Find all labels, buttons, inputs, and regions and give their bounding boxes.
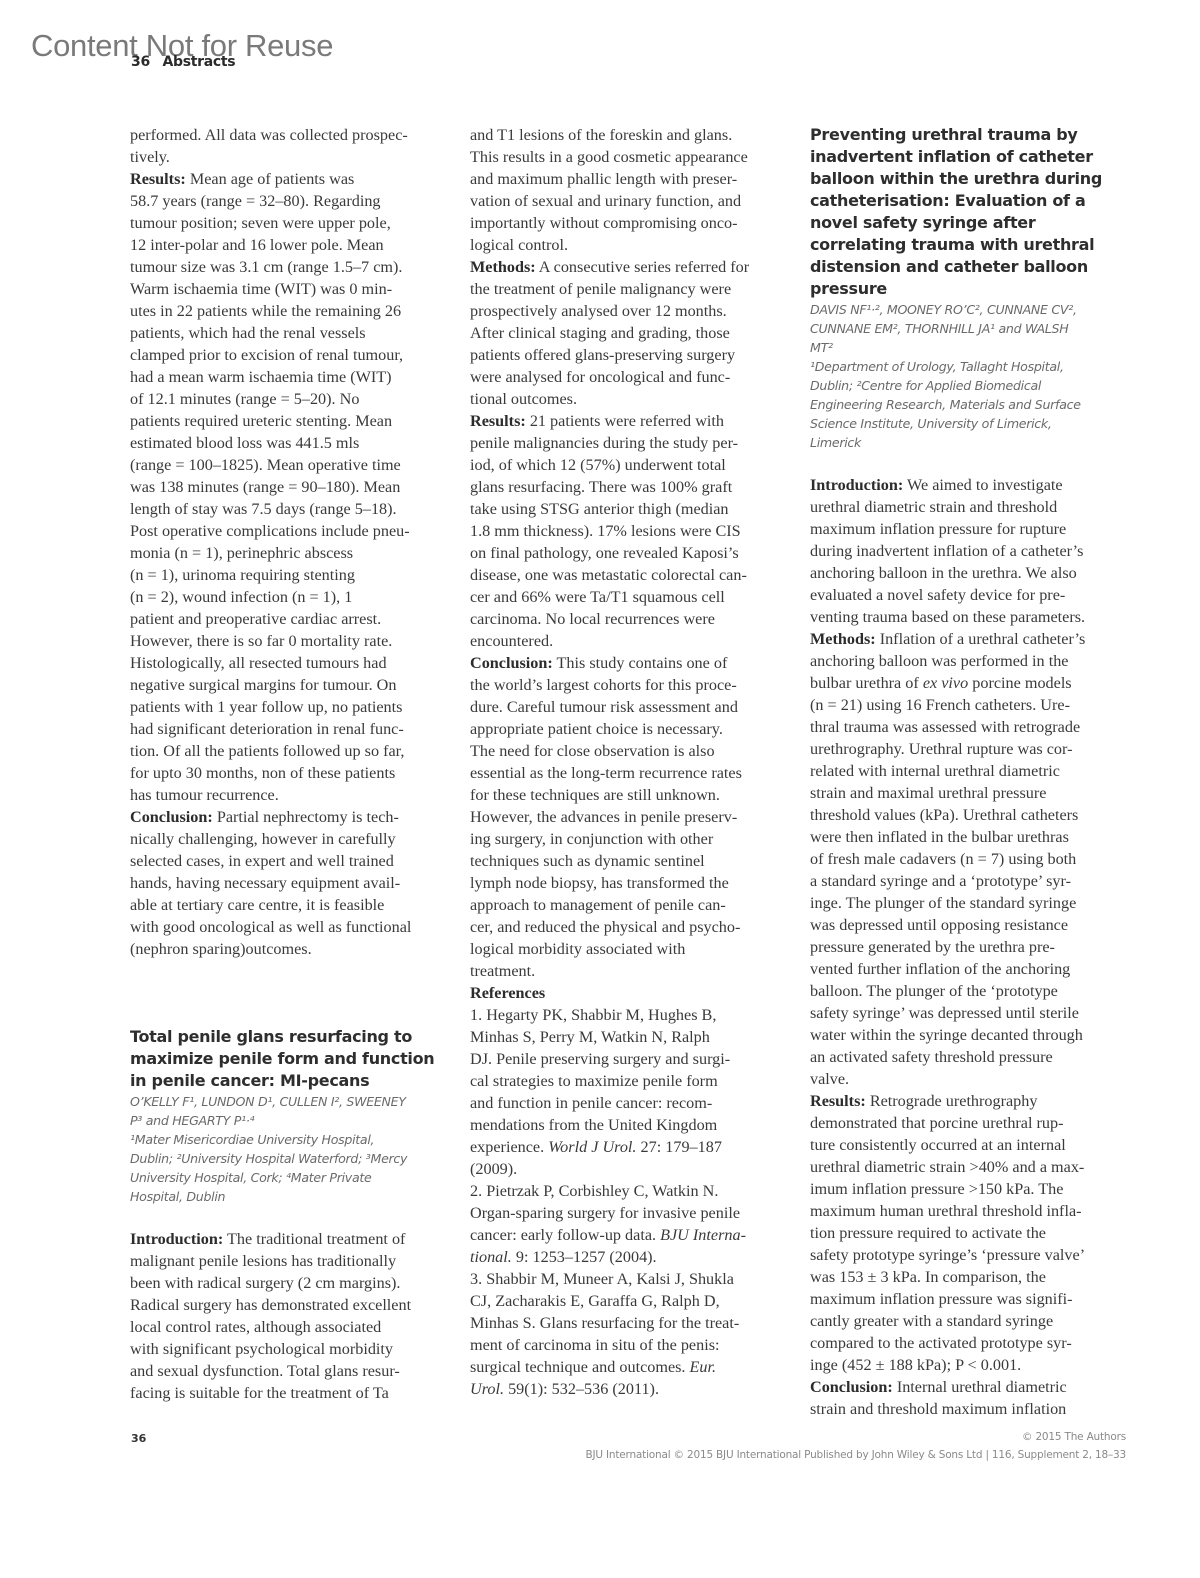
running-head-section: Abstracts bbox=[162, 54, 235, 70]
text-line: thral trauma was assessed with retrograd… bbox=[810, 716, 1140, 738]
line-text: venting trauma based on these parameters… bbox=[810, 608, 1085, 626]
text-line: tional. 9: 1253–1257 (2004). bbox=[470, 1246, 800, 1268]
title-line: novel safety syringe after bbox=[810, 212, 1140, 234]
line-text: thral trauma was assessed with retrograd… bbox=[810, 718, 1080, 736]
line-text: This study contains one of bbox=[553, 654, 728, 672]
text-line: cal strategies to maximize penile form bbox=[470, 1070, 800, 1092]
line-text: evaluated a novel safety device for pre- bbox=[810, 586, 1065, 604]
text-line: (range = 100–1825). Mean operative time bbox=[130, 454, 460, 476]
text-line: Conclusion: This study contains one of bbox=[470, 652, 800, 674]
line-text: techniques such as dynamic sentinel bbox=[470, 852, 705, 870]
text-line: Results: 21 patients were referred with bbox=[470, 410, 800, 432]
line-text-after: 27: 179–187 bbox=[636, 1138, 721, 1156]
line-text: performed. All data was collected prospe… bbox=[130, 126, 408, 144]
line-text: for these techniques are still unknown. bbox=[470, 786, 720, 804]
section-label: Conclusion: bbox=[470, 654, 553, 672]
author-line: Dublin; ²University Hospital Waterford; … bbox=[130, 1149, 460, 1168]
line-text: Histologically, all resected tumours had bbox=[130, 654, 387, 672]
line-text: Internal urethral diametric bbox=[893, 1378, 1067, 1396]
line-text: logical control. bbox=[470, 236, 568, 254]
text-line: balloon. The plunger of the ‘prototype bbox=[810, 980, 1140, 1002]
footer-journal-line: BJU International © 2015 BJU Internation… bbox=[585, 1449, 1126, 1461]
line-text: were analysed for oncological and func- bbox=[470, 368, 730, 386]
text-line: had a mean warm ischaemia time (WIT) bbox=[130, 366, 460, 388]
line-text: cer, and reduced the physical and psycho… bbox=[470, 918, 740, 936]
text-line: local control rates, although associated bbox=[130, 1316, 460, 1338]
title-line: pressure bbox=[810, 278, 1140, 300]
title-line: Preventing urethral trauma by bbox=[810, 124, 1140, 146]
text-line: penile malignancies during the study per… bbox=[470, 432, 800, 454]
spacer bbox=[810, 452, 1140, 474]
text-line: Minhas S, Perry M, Watkin N, Ralph bbox=[470, 1026, 800, 1048]
text-line: 1.8 mm thickness). 17% lesions were CIS bbox=[470, 520, 800, 542]
title-line: catheterisation: Evaluation of a bbox=[810, 190, 1140, 212]
text-line: valve. bbox=[810, 1068, 1140, 1090]
line-text: lymph node biopsy, has transformed the bbox=[470, 874, 729, 892]
line-text: 1. Hegarty PK, Shabbir M, Hughes B, bbox=[470, 1006, 716, 1024]
line-text: disease, one was metastatic colorectal c… bbox=[470, 566, 747, 584]
text-line: had significant deterioration in renal f… bbox=[130, 718, 460, 740]
line-text: was 138 minutes (range = 90–180). Mean bbox=[130, 478, 400, 496]
text-line: anchoring balloon in the urethra. We als… bbox=[810, 562, 1140, 584]
author-line: MT² bbox=[810, 338, 1140, 357]
text-line: approach to management of penile can- bbox=[470, 894, 800, 916]
line-text: utes in 22 patients while the remaining … bbox=[130, 302, 401, 320]
line-text: (nephron sparing)outcomes. bbox=[130, 940, 312, 958]
spacer bbox=[130, 1004, 460, 1026]
line-text: had significant deterioration in renal f… bbox=[130, 720, 404, 738]
line-text: 2. Pietrzak P, Corbishley C, Watkin N. bbox=[470, 1182, 718, 1200]
text-line: of fresh male cadavers (n = 7) using bot… bbox=[810, 848, 1140, 870]
text-line: ing surgery, in conjunction with other bbox=[470, 828, 800, 850]
text-line: compared to the activated prototype syr- bbox=[810, 1332, 1140, 1354]
column-2: and T1 lesions of the foreskin and glans… bbox=[470, 124, 800, 1400]
line-text: (n = 1), urinoma requiring stenting bbox=[130, 566, 355, 584]
line-text: Inflation of a urethral catheter’s bbox=[876, 630, 1086, 648]
italic-text: World J Urol. bbox=[548, 1138, 636, 1156]
column-1: performed. All data was collected prospe… bbox=[130, 124, 460, 1404]
section-label: Conclusion: bbox=[130, 808, 213, 826]
line-text: malignant penile lesions has traditional… bbox=[130, 1252, 396, 1270]
text-line: Introduction: We aimed to investigate bbox=[810, 474, 1140, 496]
line-text: urethrography. Urethral rupture was cor- bbox=[810, 740, 1072, 758]
text-line: and sexual dysfunction. Total glans resu… bbox=[130, 1360, 460, 1382]
text-line: selected cases, in expert and well train… bbox=[130, 850, 460, 872]
text-line: experience. World J Urol. 27: 179–187 bbox=[470, 1136, 800, 1158]
line-text: able at tertiary care centre, it is feas… bbox=[130, 896, 384, 914]
line-text: DJ. Penile preserving surgery and surgi- bbox=[470, 1050, 730, 1068]
line-text: an activated safety threshold pressure bbox=[810, 1048, 1053, 1066]
line-text: and function in penile cancer: recom- bbox=[470, 1094, 712, 1112]
line-text: local control rates, although associated bbox=[130, 1318, 381, 1336]
line-text: glans resurfacing. There was 100% graft bbox=[470, 478, 732, 496]
text-line: facing is suitable for the treatment of … bbox=[130, 1382, 460, 1404]
text-line: Histologically, all resected tumours had bbox=[130, 652, 460, 674]
text-line: However, there is so far 0 mortality rat… bbox=[130, 630, 460, 652]
text-line: the world’s largest cohorts for this pro… bbox=[470, 674, 800, 696]
text-line: threshold values (kPa). Urethral cathete… bbox=[810, 804, 1140, 826]
line-text: facing is suitable for the treatment of … bbox=[130, 1384, 389, 1402]
line-text: a standard syringe and a ‘prototype’ syr… bbox=[810, 872, 1071, 890]
abstract-body: performed. All data was collected prospe… bbox=[130, 124, 460, 960]
line-text: A consecutive series referred for bbox=[536, 258, 750, 276]
section-label: Methods: bbox=[810, 630, 876, 648]
text-line: 1. Hegarty PK, Shabbir M, Hughes B, bbox=[470, 1004, 800, 1026]
line-text: appropriate patient choice is necessary. bbox=[470, 720, 723, 738]
text-line: tion pressure required to activate the bbox=[810, 1222, 1140, 1244]
text-line: urethrography. Urethral rupture was cor- bbox=[810, 738, 1140, 760]
author-line: Hospital, Dublin bbox=[130, 1187, 460, 1206]
line-text: strain and maximal urethral pressure bbox=[810, 784, 1046, 802]
section-label: Introduction: bbox=[130, 1230, 223, 1248]
text-line: strain and maximal urethral pressure bbox=[810, 782, 1140, 804]
text-line: of 12.1 minutes (range = 5–20). No bbox=[130, 388, 460, 410]
text-line: with significant psychological morbidity bbox=[130, 1338, 460, 1360]
text-line: 3. Shabbir M, Muneer A, Kalsi J, Shukla bbox=[470, 1268, 800, 1290]
line-text: tumour position; seven were upper pole, bbox=[130, 214, 391, 232]
text-line: strain and threshold maximum inflation bbox=[810, 1398, 1140, 1420]
author-line: Science Institute, University of Limeric… bbox=[810, 414, 1140, 433]
title-line: distension and catheter balloon bbox=[810, 256, 1140, 278]
text-line: on final pathology, one revealed Kaposi’… bbox=[470, 542, 800, 564]
line-text: patients offered glans-preserving surger… bbox=[470, 346, 735, 364]
line-text: tion. Of all the patients followed up so… bbox=[130, 742, 404, 760]
text-line: were analysed for oncological and func- bbox=[470, 366, 800, 388]
text-line: patient and preoperative cardiac arrest. bbox=[130, 608, 460, 630]
line-text: cer and 66% were Ta/T1 squamous cell bbox=[470, 588, 725, 606]
text-line: patients with 1 year follow up, no patie… bbox=[130, 696, 460, 718]
text-line: techniques such as dynamic sentinel bbox=[470, 850, 800, 872]
line-text: importantly without compromising onco- bbox=[470, 214, 738, 232]
line-text: cancer: early follow-up data. bbox=[470, 1226, 660, 1244]
line-text: threshold values (kPa). Urethral cathete… bbox=[810, 806, 1078, 824]
text-line: malignant penile lesions has traditional… bbox=[130, 1250, 460, 1272]
line-text: 1.8 mm thickness). 17% lesions were CIS bbox=[470, 522, 741, 540]
line-text: vation of sexual and urinary function, a… bbox=[470, 192, 741, 210]
line-text: After clinical staging and grading, thos… bbox=[470, 324, 730, 342]
line-text: 3. Shabbir M, Muneer A, Kalsi J, Shukla bbox=[470, 1270, 734, 1288]
line-text: hands, having necessary equipment avail- bbox=[130, 874, 400, 892]
text-line: demonstrated that porcine urethral rup- bbox=[810, 1112, 1140, 1134]
text-line: surgical technique and outcomes. Eur. bbox=[470, 1356, 800, 1378]
spacer bbox=[130, 1206, 460, 1228]
author-affiliations: O’KELLY F¹, LUNDON D¹, CULLEN I², SWEENE… bbox=[130, 1092, 460, 1206]
line-text: surgical technique and outcomes. bbox=[470, 1358, 690, 1376]
line-text-after: 9: 1253–1257 (2004). bbox=[512, 1248, 657, 1266]
spacer bbox=[130, 982, 460, 1004]
footer-page-number: 36 bbox=[131, 1432, 146, 1445]
line-text: had a mean warm ischaemia time (WIT) bbox=[130, 368, 392, 386]
italic-text: BJU Interna- bbox=[660, 1226, 746, 1244]
text-line: glans resurfacing. There was 100% graft bbox=[470, 476, 800, 498]
text-line: appropriate patient choice is necessary. bbox=[470, 718, 800, 740]
line-text: The need for close observation is also bbox=[470, 742, 715, 760]
text-line: After clinical staging and grading, thos… bbox=[470, 322, 800, 344]
line-text: cal strategies to maximize penile form bbox=[470, 1072, 718, 1090]
text-line: a standard syringe and a ‘prototype’ syr… bbox=[810, 870, 1140, 892]
text-line: for these techniques are still unknown. bbox=[470, 784, 800, 806]
author-line: University Hospital, Cork; ⁴Mater Privat… bbox=[130, 1168, 460, 1187]
title-line: inadvertent inflation of catheter bbox=[810, 146, 1140, 168]
text-line: (n = 21) using 16 French catheters. Ure- bbox=[810, 694, 1140, 716]
title-line: maximize penile form and function bbox=[130, 1048, 460, 1070]
text-line: This results in a good cosmetic appearan… bbox=[470, 146, 800, 168]
abstract-body: Introduction: We aimed to investigateure… bbox=[810, 474, 1140, 1420]
line-text: inge. The plunger of the standard syring… bbox=[810, 894, 1076, 912]
line-text: Minhas S, Perry M, Watkin N, Ralph bbox=[470, 1028, 710, 1046]
section-label: Results: bbox=[810, 1092, 866, 1110]
section-label: Results: bbox=[130, 170, 186, 188]
italic-text: Eur. bbox=[690, 1358, 717, 1376]
author-line: ¹Department of Urology, Tallaght Hospita… bbox=[810, 357, 1140, 376]
line-text: pressure generated by the urethra pre- bbox=[810, 938, 1055, 956]
text-line: (n = 2), wound infection (n = 1), 1 bbox=[130, 586, 460, 608]
line-text: with good oncological as well as functio… bbox=[130, 918, 411, 936]
line-text: was 153 ± 3 kPa. In comparison, the bbox=[810, 1268, 1046, 1286]
text-line: Conclusion: Partial nephrectomy is tech- bbox=[130, 806, 460, 828]
italic-text: ex vivo bbox=[923, 674, 968, 692]
line-text: penile malignancies during the study per… bbox=[470, 434, 738, 452]
line-text: tumour size was 3.1 cm (range 1.5–7 cm). bbox=[130, 258, 402, 276]
text-line: anchoring balloon was performed in the bbox=[810, 650, 1140, 672]
line-text: maximum human urethral threshold infla- bbox=[810, 1202, 1082, 1220]
line-text: The traditional treatment of bbox=[223, 1230, 405, 1248]
running-head-page: 36 bbox=[131, 54, 150, 70]
text-line: monia (n = 1), perinephric abscess bbox=[130, 542, 460, 564]
text-line: Warm ischaemia time (WIT) was 0 min- bbox=[130, 278, 460, 300]
text-line: pressure generated by the urethra pre- bbox=[810, 936, 1140, 958]
line-text: with significant psychological morbidity bbox=[130, 1340, 393, 1358]
text-line: treatment. bbox=[470, 960, 800, 982]
line-text: length of stay was 7.5 days (range 5–18)… bbox=[130, 500, 397, 518]
section-label: Results: bbox=[470, 412, 526, 430]
text-line: Methods: A consecutive series referred f… bbox=[470, 256, 800, 278]
line-text: for upto 30 months, non of these patient… bbox=[130, 764, 395, 782]
line-text: iod, of which 12 (57%) underwent total bbox=[470, 456, 726, 474]
line-text: estimated blood loss was 441.5 mls bbox=[130, 434, 359, 452]
text-line: with good oncological as well as functio… bbox=[130, 916, 460, 938]
text-line: patients offered glans-preserving surger… bbox=[470, 344, 800, 366]
line-text: treatment. bbox=[470, 962, 535, 980]
text-line: utes in 22 patients while the remaining … bbox=[130, 300, 460, 322]
line-text: Organ-sparing surgery for invasive penil… bbox=[470, 1204, 740, 1222]
text-line: 12 inter-polar and 16 lower pole. Mean bbox=[130, 234, 460, 256]
line-text: patients with 1 year follow up, no patie… bbox=[130, 698, 402, 716]
text-line: urethral diametric strain >40% and a max… bbox=[810, 1156, 1140, 1178]
line-text: dure. Careful tumour risk assessment and bbox=[470, 698, 738, 716]
text-line: Post operative complications include pne… bbox=[130, 520, 460, 542]
author-line: P³ and HEGARTY P¹·⁴ bbox=[130, 1111, 460, 1130]
line-text: nically challenging, however in carefull… bbox=[130, 830, 396, 848]
line-text: maximum inflation pressure for rupture bbox=[810, 520, 1066, 538]
text-line: However, the advances in penile preserv- bbox=[470, 806, 800, 828]
text-line: bulbar urethra of ex vivo porcine models bbox=[810, 672, 1140, 694]
text-line: tively. bbox=[130, 146, 460, 168]
text-line: cer, and reduced the physical and psycho… bbox=[470, 916, 800, 938]
title-line: Total penile glans resurfacing to bbox=[130, 1026, 460, 1048]
line-text: of 12.1 minutes (range = 5–20). No bbox=[130, 390, 359, 408]
line-text: (n = 21) using 16 French catheters. Ure- bbox=[810, 696, 1070, 714]
text-line: performed. All data was collected prospe… bbox=[130, 124, 460, 146]
footer-copyright: © 2015 The Authors bbox=[1022, 1431, 1126, 1443]
line-text: has tumour recurrence. bbox=[130, 786, 279, 804]
line-text: and maximum phallic length with preser- bbox=[470, 170, 737, 188]
line-text: ture consistently occurred at an interna… bbox=[810, 1136, 1066, 1154]
line-text: experience. bbox=[470, 1138, 548, 1156]
text-line: was 153 ± 3 kPa. In comparison, the bbox=[810, 1266, 1140, 1288]
text-line: vation of sexual and urinary function, a… bbox=[470, 190, 800, 212]
text-line: been with radical surgery (2 cm margins)… bbox=[130, 1272, 460, 1294]
section-label: Methods: bbox=[470, 258, 536, 276]
text-line: for upto 30 months, non of these patient… bbox=[130, 762, 460, 784]
line-text: tion pressure required to activate the bbox=[810, 1224, 1046, 1242]
text-line: DJ. Penile preserving surgery and surgi- bbox=[470, 1048, 800, 1070]
text-line: inge. The plunger of the standard syring… bbox=[810, 892, 1140, 914]
section-label: Introduction: bbox=[810, 476, 903, 494]
line-text: This results in a good cosmetic appearan… bbox=[470, 148, 748, 166]
text-line: maximum human urethral threshold infla- bbox=[810, 1200, 1140, 1222]
line-text: anchoring balloon in the urethra. We als… bbox=[810, 564, 1077, 582]
line-text: and sexual dysfunction. Total glans resu… bbox=[130, 1362, 400, 1380]
line-text: (n = 2), wound infection (n = 1), 1 bbox=[130, 588, 352, 606]
text-line: Results: Retrograde urethrography bbox=[810, 1090, 1140, 1112]
text-line: maximum inflation pressure was signifi- bbox=[810, 1288, 1140, 1310]
line-text: Post operative complications include pne… bbox=[130, 522, 410, 540]
text-line: related with internal urethral diametric bbox=[810, 760, 1140, 782]
text-line: tional outcomes. bbox=[470, 388, 800, 410]
text-line: urethral diametric strain and threshold bbox=[810, 496, 1140, 518]
text-line: tumour position; seven were upper pole, bbox=[130, 212, 460, 234]
line-text: CJ, Zacharakis E, Garaffa G, Ralph D, bbox=[470, 1292, 720, 1310]
text-line: References bbox=[470, 982, 800, 1004]
abstract-title: Preventing urethral trauma byinadvertent… bbox=[810, 124, 1140, 300]
line-text: urethral diametric strain >40% and a max… bbox=[810, 1158, 1084, 1176]
text-line: ture consistently occurred at an interna… bbox=[810, 1134, 1140, 1156]
column-3: Preventing urethral trauma byinadvertent… bbox=[810, 124, 1140, 1420]
text-line: patients required ureteric stenting. Mea… bbox=[130, 410, 460, 432]
text-line: importantly without compromising onco- bbox=[470, 212, 800, 234]
text-line: CJ, Zacharakis E, Garaffa G, Ralph D, bbox=[470, 1290, 800, 1312]
line-text: 12 inter-polar and 16 lower pole. Mean bbox=[130, 236, 384, 254]
text-line: the treatment of penile malignancy were bbox=[470, 278, 800, 300]
text-line: during inadvertent inflation of a cathet… bbox=[810, 540, 1140, 562]
text-line: Methods: Inflation of a urethral cathete… bbox=[810, 628, 1140, 650]
line-text: (2009). bbox=[470, 1160, 517, 1178]
line-text: the treatment of penile malignancy were bbox=[470, 280, 731, 298]
author-line: Dublin; ²Centre for Applied Biomedical bbox=[810, 376, 1140, 395]
text-line: The need for close observation is also bbox=[470, 740, 800, 762]
text-line: clamped prior to excision of renal tumou… bbox=[130, 344, 460, 366]
text-line: maximum inflation pressure for rupture bbox=[810, 518, 1140, 540]
line-text: were then inflated in the bulbar urethra… bbox=[810, 828, 1069, 846]
line-text: on final pathology, one revealed Kaposi’… bbox=[470, 544, 739, 562]
line-text: inge (452 ± 188 kPa); P < 0.001. bbox=[810, 1356, 1021, 1374]
line-text: Partial nephrectomy is tech- bbox=[213, 808, 399, 826]
text-line: able at tertiary care centre, it is feas… bbox=[130, 894, 460, 916]
text-line: was depressed until opposing resistance bbox=[810, 914, 1140, 936]
section-label: References bbox=[470, 984, 545, 1002]
text-line: iod, of which 12 (57%) underwent total bbox=[470, 454, 800, 476]
line-text: demonstrated that porcine urethral rup- bbox=[810, 1114, 1064, 1132]
text-line: lymph node biopsy, has transformed the bbox=[470, 872, 800, 894]
line-text: safety syringe’ was depressed until ster… bbox=[810, 1004, 1079, 1022]
text-line: patients, which had the renal vessels bbox=[130, 322, 460, 344]
text-line: cer and 66% were Ta/T1 squamous cell bbox=[470, 586, 800, 608]
text-line: length of stay was 7.5 days (range 5–18)… bbox=[130, 498, 460, 520]
text-line: (2009). bbox=[470, 1158, 800, 1180]
line-text: encountered. bbox=[470, 632, 553, 650]
section-label: Conclusion: bbox=[810, 1378, 893, 1396]
text-line: logical control. bbox=[470, 234, 800, 256]
line-text: Mean age of patients was bbox=[186, 170, 355, 188]
line-text: take using STSG anterior thigh (median bbox=[470, 500, 729, 518]
author-affiliations: DAVIS NF¹·², MOONEY RO’C², CUNNANE CV²,C… bbox=[810, 300, 1140, 452]
abstract-body: and T1 lesions of the foreskin and glans… bbox=[470, 124, 800, 1400]
line-text: the world’s largest cohorts for this pro… bbox=[470, 676, 737, 694]
line-text: tional outcomes. bbox=[470, 390, 577, 408]
line-text: logical morbidity associated with bbox=[470, 940, 685, 958]
line-text: 21 patients were referred with bbox=[526, 412, 724, 430]
running-head: 36 Abstracts bbox=[131, 54, 235, 70]
text-line: imum inflation pressure >150 kPa. The bbox=[810, 1178, 1140, 1200]
spacer bbox=[130, 960, 460, 982]
line-text: selected cases, in expert and well train… bbox=[130, 852, 394, 870]
line-text: ing surgery, in conjunction with other bbox=[470, 830, 713, 848]
line-text: patients, which had the renal vessels bbox=[130, 324, 366, 342]
text-line: Introduction: The traditional treatment … bbox=[130, 1228, 460, 1250]
text-line: and maximum phallic length with preser- bbox=[470, 168, 800, 190]
author-line: Limerick bbox=[810, 433, 1140, 452]
line-text: was depressed until opposing resistance bbox=[810, 916, 1068, 934]
line-text: prospectively analysed over 12 months. bbox=[470, 302, 727, 320]
author-line: CUNNANE EM², THORNHILL JA¹ and WALSH bbox=[810, 319, 1140, 338]
line-text: patients required ureteric stenting. Mea… bbox=[130, 412, 392, 430]
line-text: strain and threshold maximum inflation bbox=[810, 1400, 1066, 1418]
text-line: has tumour recurrence. bbox=[130, 784, 460, 806]
line-text: However, the advances in penile preserv- bbox=[470, 808, 737, 826]
text-line: Results: Mean age of patients was bbox=[130, 168, 460, 190]
text-line: tumour size was 3.1 cm (range 1.5–7 cm). bbox=[130, 256, 460, 278]
italic-text: Urol. bbox=[470, 1380, 504, 1398]
text-line: hands, having necessary equipment avail- bbox=[130, 872, 460, 894]
line-text: mendations from the United Kingdom bbox=[470, 1116, 717, 1134]
text-line: mendations from the United Kingdom bbox=[470, 1114, 800, 1136]
line-text: ment of carcinoma in situ of the penis: bbox=[470, 1336, 720, 1354]
line-text: carcinoma. No local recurrences were bbox=[470, 610, 715, 628]
line-text: essential as the long-term recurrence ra… bbox=[470, 764, 742, 782]
text-line: an activated safety threshold pressure bbox=[810, 1046, 1140, 1068]
text-line: Minhas S. Glans resurfacing for the trea… bbox=[470, 1312, 800, 1334]
line-text: (range = 100–1825). Mean operative time bbox=[130, 456, 401, 474]
line-text-after: porcine models bbox=[968, 674, 1071, 692]
text-line: prospectively analysed over 12 months. bbox=[470, 300, 800, 322]
line-text: negative surgical margins for tumour. On bbox=[130, 676, 396, 694]
text-line: Radical surgery has demonstrated excelle… bbox=[130, 1294, 460, 1316]
text-line: inge (452 ± 188 kPa); P < 0.001. bbox=[810, 1354, 1140, 1376]
line-text: anchoring balloon was performed in the bbox=[810, 652, 1068, 670]
text-line: and T1 lesions of the foreskin and glans… bbox=[470, 124, 800, 146]
text-line: cantly greater with a standard syringe bbox=[810, 1310, 1140, 1332]
line-text: maximum inflation pressure was signifi- bbox=[810, 1290, 1073, 1308]
abstract-title: Total penile glans resurfacing tomaximiz… bbox=[130, 1026, 460, 1092]
text-line: encountered. bbox=[470, 630, 800, 652]
text-line: was 138 minutes (range = 90–180). Mean bbox=[130, 476, 460, 498]
line-text: safety prototype syringe’s ‘pressure val… bbox=[810, 1246, 1085, 1264]
text-line: evaluated a novel safety device for pre- bbox=[810, 584, 1140, 606]
text-line: cancer: early follow-up data. BJU Intern… bbox=[470, 1224, 800, 1246]
text-line: Conclusion: Internal urethral diametric bbox=[810, 1376, 1140, 1398]
line-text: However, there is so far 0 mortality rat… bbox=[130, 632, 392, 650]
